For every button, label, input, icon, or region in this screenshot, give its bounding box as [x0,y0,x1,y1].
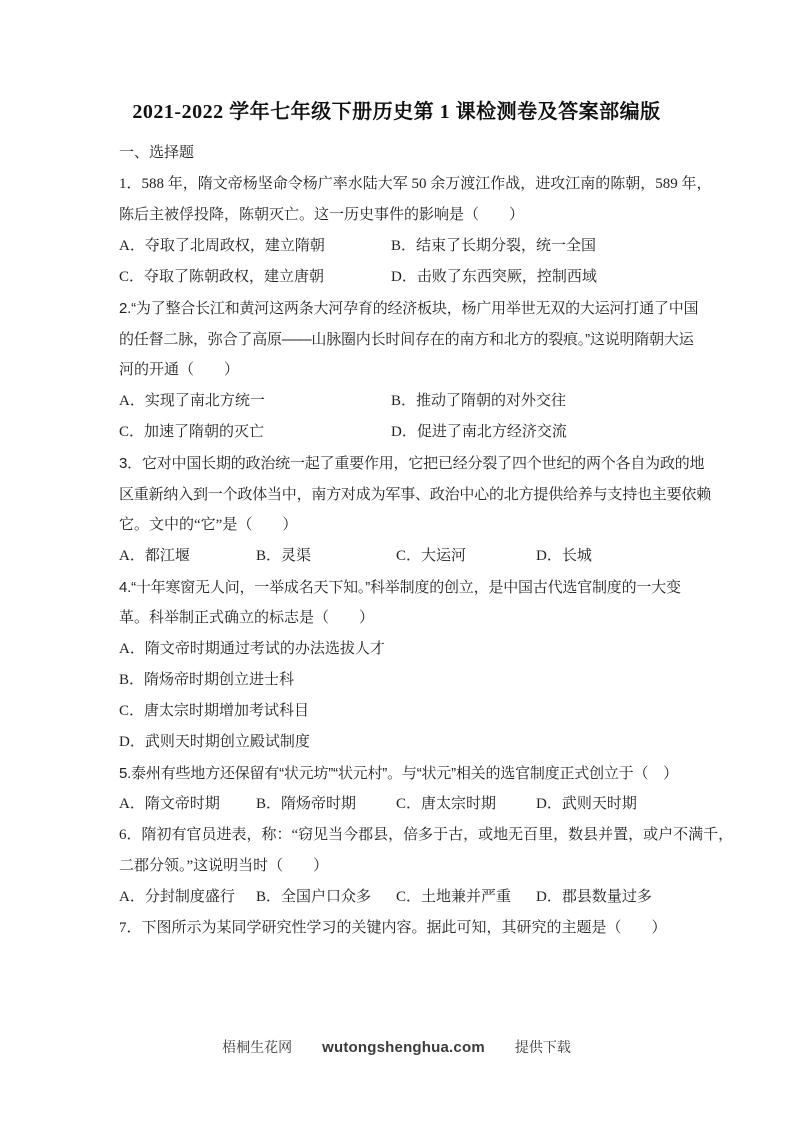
q6-stem-line-2: 二郡分领。”这说明当时（ ） [119,851,679,882]
q5-stem-line-1: 5.泰州有些地方还保留有“状元坊”“状元村”。与“状元”相关的选官制度正式创立于… [119,758,679,789]
q2-option-d: D．促进了南北方经济交流 [391,417,679,448]
document-page: 2021-2022 学年七年级下册历史第 1 课检测卷及答案部编版 一、选择题 … [0,0,793,1122]
document-body: 一、选择题 1．588 年，隋文帝杨坚命令杨广率水陆大军 50 余万渡江作战，进… [119,138,679,944]
q2-option-c: C．加速了隋朝的灭亡 [119,417,391,448]
q7-stem-line-1: 7．下图所示为某同学研究性学习的关键内容。据此可知，其研究的主题是（ ） [119,913,679,944]
q2-stem-line-3: 河的开通（ ） [119,355,679,386]
q1-option-c: C．夺取了陈朝政权，建立唐朝 [119,262,391,293]
q1-option-d: D．击败了东西突厥，控制西域 [391,262,679,293]
q6-stem-line-1: 6．隋初有官员进表，称：“窃见当今郡县，倍多于古，或地无百里，数县并置，或户不满… [119,820,679,851]
q1-stem-line-2: 陈后主被俘投降，陈朝灭亡。这一历史事件的影响是（ ） [119,200,679,231]
q5-option-a: A．隋文帝时期 [119,789,256,820]
q2-stem-line-1: 2.“为了整合长江和黄河这两条大河孕育的经济板块，杨广用举世无双的大运河打通了中… [119,293,679,324]
q1-option-a: A．夺取了北周政权，建立隋朝 [119,231,391,262]
q4-stem-line-2: 革。科举制正式确立的标志是（ ） [119,603,679,634]
q1-options-row-1: A．夺取了北周政权，建立隋朝 B．结束了长期分裂，统一全国 [119,231,679,262]
q3-options-row: A．都江堰 B．灵渠 C．大运河 D．长城 [119,541,679,572]
footer-note: 提供下载 [515,1039,571,1059]
q6-option-a: A．分封制度盛行 [119,882,256,913]
q3-option-c: C．大运河 [396,541,536,572]
q3-stem-line-2: 区重新纳入到一个政体当中，南方对成为军事、政治中心的北方提供给养与支持也主要依赖 [119,479,679,510]
page-title: 2021-2022 学年七年级下册历史第 1 课检测卷及答案部编版 [0,97,793,127]
q6-options-row: A．分封制度盛行 B．全国户口众多 C．土地兼并严重 D．郡县数量过多 [119,882,679,913]
q6-option-d: D．郡县数量过多 [536,882,679,913]
q1-stem-line-1: 1．588 年，隋文帝杨坚命令杨广率水陆大军 50 余万渡江作战，进攻江南的陈朝… [119,169,679,200]
q4-stem-line-1: 4.“十年寒窗无人问，一举成名天下知。”科举制度的创立，是中国古代选官制度的一大… [119,572,679,603]
q5-option-c: C．唐太宗时期 [396,789,536,820]
q4-option-a: A．隋文帝时期通过考试的办法选拔人才 [119,634,679,665]
page-footer: 梧桐生花网 wutongshenghua.com 提供下载 [0,1038,793,1059]
q5-option-d: D．武则天时期 [536,789,679,820]
q2-options-row-2: C．加速了隋朝的灭亡 D．促进了南北方经济交流 [119,417,679,448]
q3-option-b: B．灵渠 [256,541,396,572]
q6-option-b: B．全国户口众多 [256,882,396,913]
q2-options-row-1: A．实现了南北方统一 B．推动了隋朝的对外交往 [119,386,679,417]
q3-option-d: D．长城 [536,541,679,572]
q2-option-b: B．推动了隋朝的对外交往 [391,386,679,417]
q6-option-c: C．土地兼并严重 [396,882,536,913]
footer-site-name: 梧桐生花网 [222,1039,292,1059]
q3-option-a: A．都江堰 [119,541,256,572]
q3-stem-line-3: 它。文中的“它”是（ ） [119,510,679,541]
q4-option-d: D．武则天时期创立殿试制度 [119,727,679,758]
q1-options-row-2: C．夺取了陈朝政权，建立唐朝 D．击败了东西突厥，控制西域 [119,262,679,293]
footer-domain: wutongshenghua.com [322,1038,485,1058]
section-heading: 一、选择题 [119,138,679,169]
q2-stem-line-2: 的任督二脉，弥合了高原——山脉圈内长时间存在的南方和北方的裂痕。”这说明隋朝大运 [119,324,679,355]
q4-option-b: B．隋炀帝时期创立进士科 [119,665,679,696]
q5-options-row: A．隋文帝时期 B．隋炀帝时期 C．唐太宗时期 D．武则天时期 [119,789,679,820]
q4-option-c: C．唐太宗时期增加考试科目 [119,696,679,727]
q3-stem-line-1: 3．它对中国长期的政治统一起了重要作用，它把已经分裂了四个世纪的两个各自为政的地 [119,448,679,479]
q5-option-b: B．隋炀帝时期 [256,789,396,820]
q1-option-b: B．结束了长期分裂，统一全国 [391,231,679,262]
q2-option-a: A．实现了南北方统一 [119,386,391,417]
